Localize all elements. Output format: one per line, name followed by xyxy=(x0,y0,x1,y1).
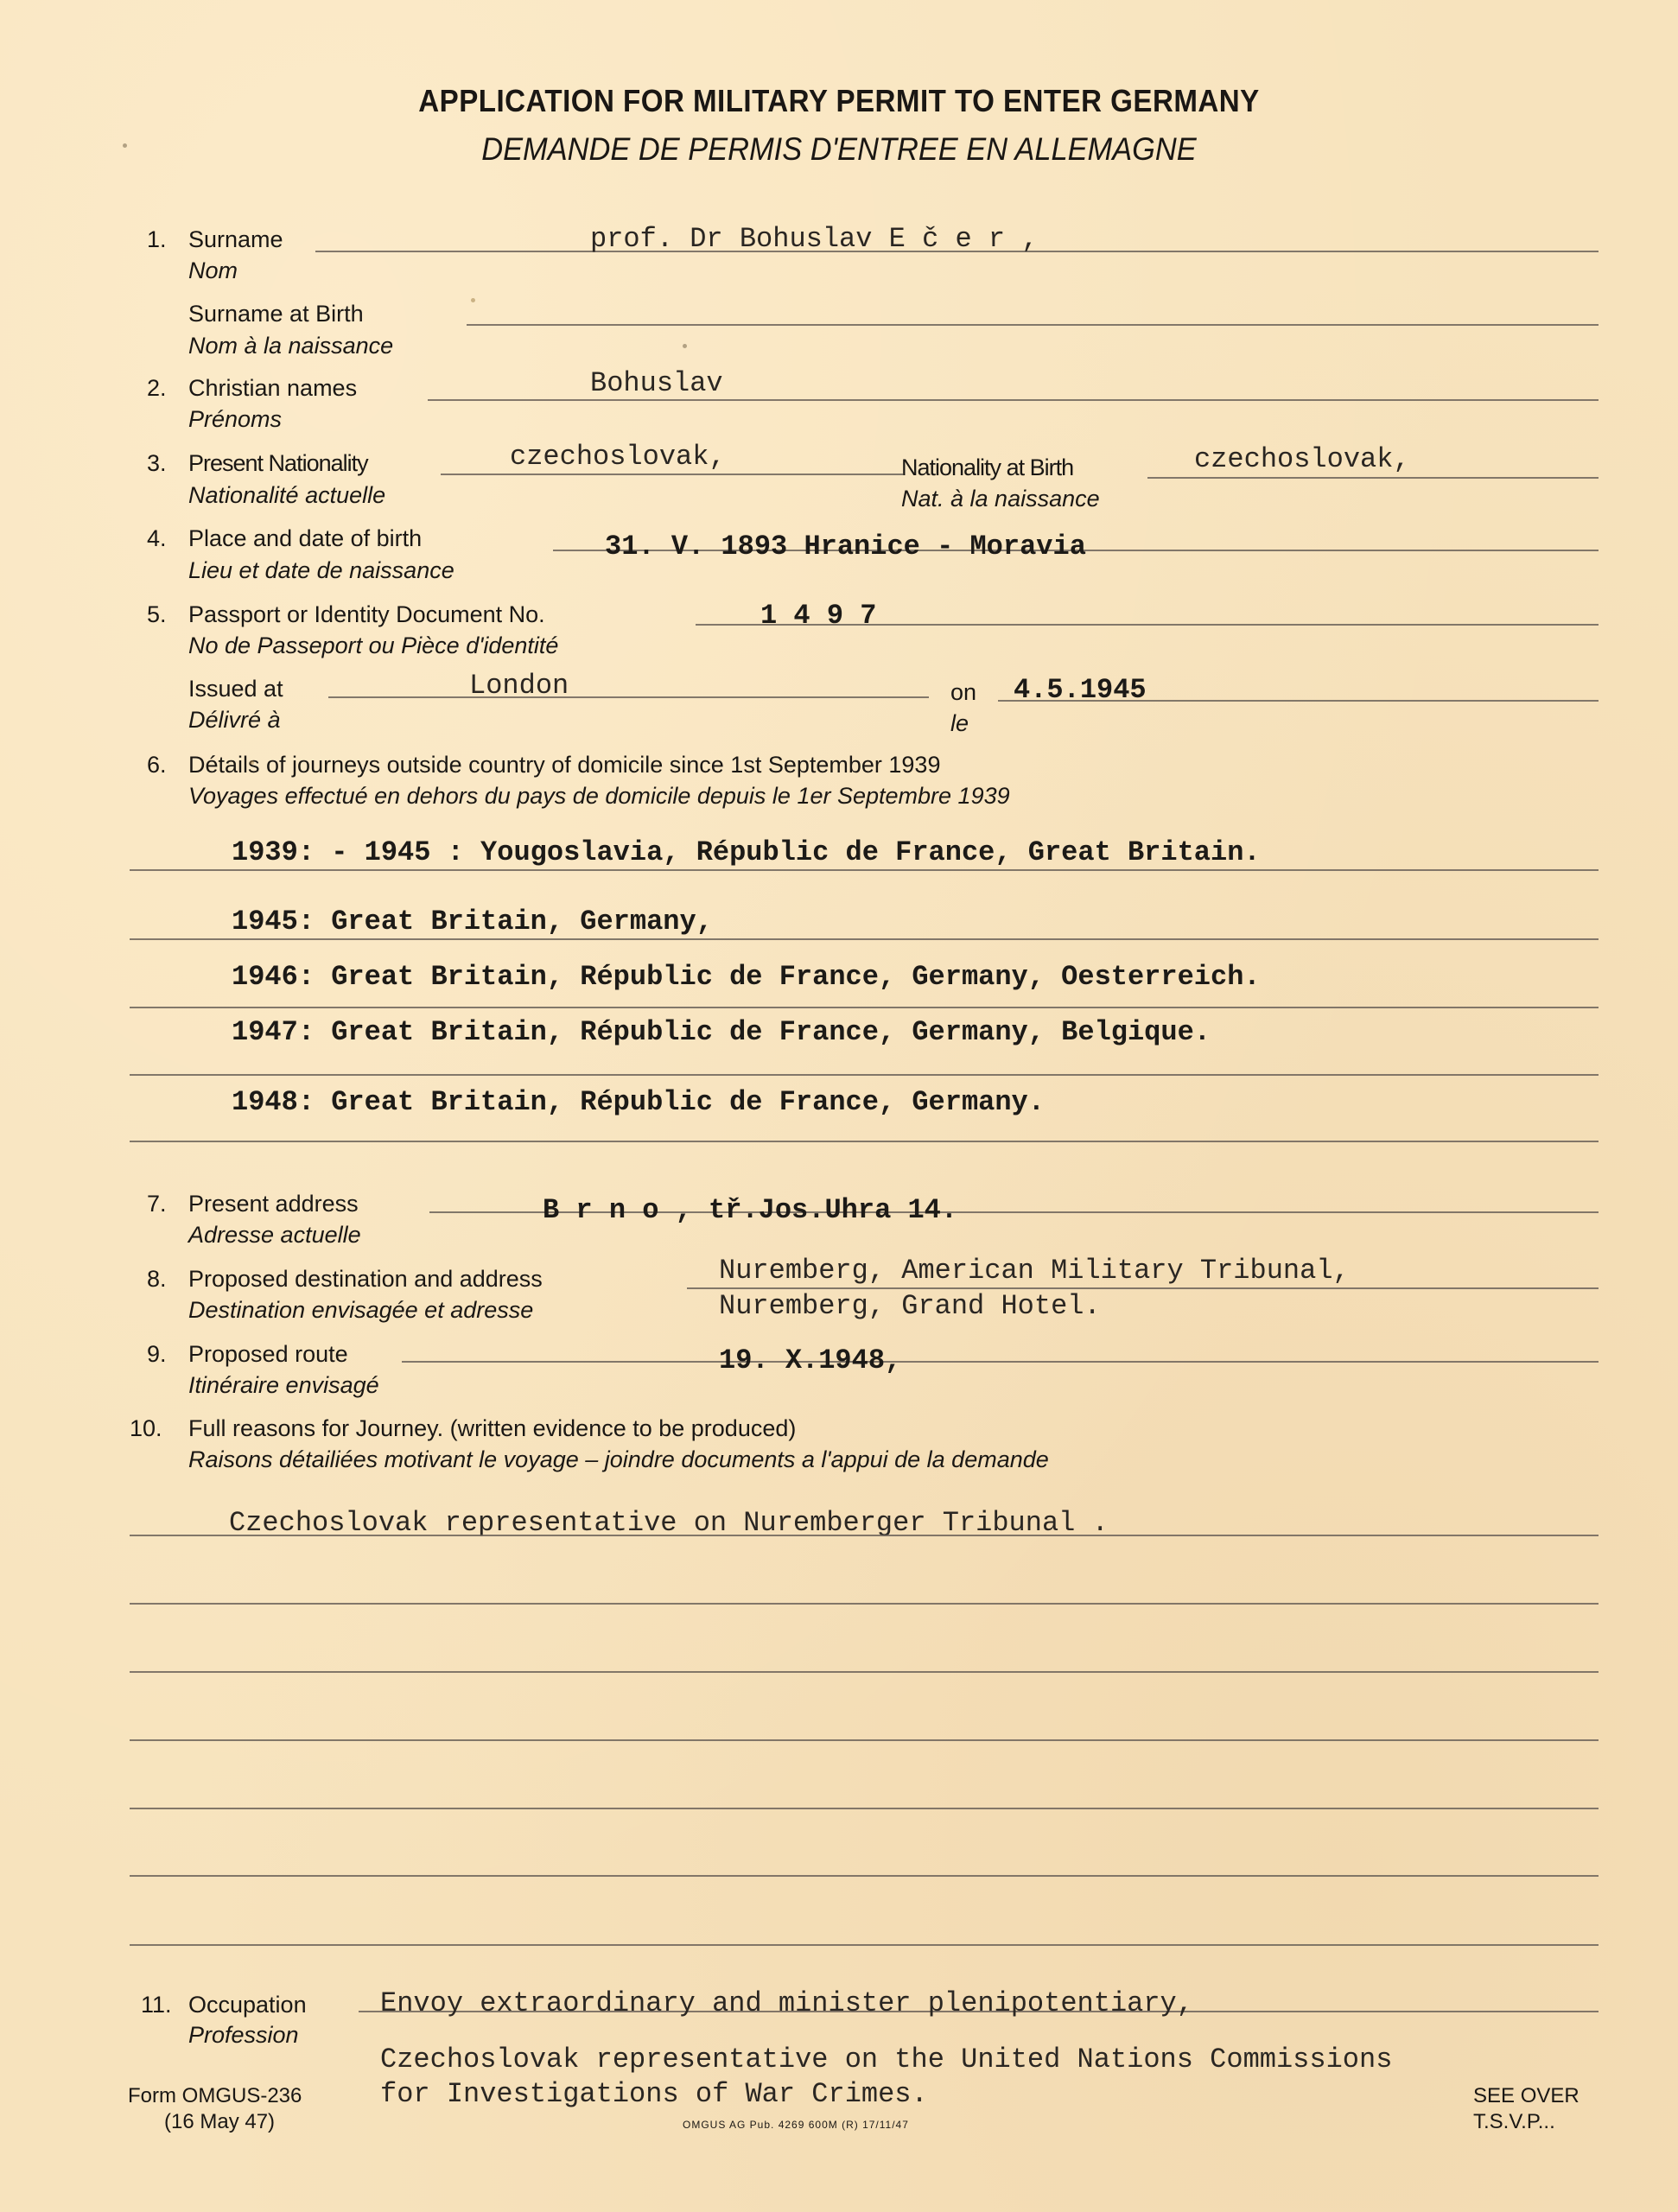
field-number: 9. xyxy=(147,1341,167,1368)
printer-imprint: OMGUS AG Pub. 4269 600M (R) 17/11/47 xyxy=(683,2119,909,2131)
surname-label-fr: Nom xyxy=(188,257,238,284)
occupation-label-fr: Profession xyxy=(188,2022,299,2049)
destination-label: Proposed destination and address xyxy=(188,1266,543,1293)
present-address-label: Present address xyxy=(188,1191,359,1217)
issued-at-label-fr: Délivré à xyxy=(188,707,281,734)
field-number: 6. xyxy=(147,752,167,779)
present-address-label-fr: Adresse actuelle xyxy=(188,1222,361,1249)
occupation-label: Occupation xyxy=(188,1992,307,2018)
field-number: 3. xyxy=(147,450,167,477)
reasons-label-fr: Raisons détailiées motivant le voyage – … xyxy=(188,1446,1049,1473)
destination-value-line2[interactable]: Nuremberg, Grand Hotel. xyxy=(719,1290,1101,1322)
field-number: 8. xyxy=(147,1266,167,1293)
journey-entry[interactable]: 1946: Great Britain, Républic de France,… xyxy=(232,961,1261,993)
passport-number-value[interactable]: 1 4 9 7 xyxy=(760,600,876,632)
issued-on-value[interactable]: 4.5.1945 xyxy=(1014,674,1147,706)
birth-label-fr: Lieu et date de naissance xyxy=(188,557,454,584)
nationality-at-birth-label-fr: Nat. à la naissance xyxy=(901,486,1100,512)
birth-value[interactable]: 31. V. 1893 Hranice - Moravia xyxy=(605,531,1086,563)
field-number: 2. xyxy=(147,375,167,402)
field-number: 1. xyxy=(147,226,167,253)
issued-at-label: Issued at xyxy=(188,676,283,702)
field-number: 11. xyxy=(141,1992,172,2018)
occupation-value-line2[interactable]: Czechoslovak representative on the Unite… xyxy=(380,2044,1392,2075)
journeys-label-fr: Voyages effectué en dehors du pays de do… xyxy=(188,783,1010,810)
field-number: 5. xyxy=(147,601,167,628)
issued-on-label-fr: le xyxy=(950,710,969,737)
journeys-label: Détails of journeys outside country of d… xyxy=(188,752,940,779)
issued-on-label: on xyxy=(950,679,976,706)
tsvp-label: T.S.V.P... xyxy=(1473,2110,1555,2134)
present-nationality-label-fr: Nationalité actuelle xyxy=(188,482,385,509)
christian-names-label: Christian names xyxy=(188,375,357,402)
present-nationality-value[interactable]: czechoslovak, xyxy=(510,441,726,473)
paper-speck xyxy=(471,298,475,302)
occupation-value-line1[interactable]: Envoy extraordinary and minister plenipo… xyxy=(380,1987,1193,2019)
field-number: 7. xyxy=(147,1191,167,1217)
surname-at-birth-label: Surname at Birth xyxy=(188,301,364,327)
destination-label-fr: Destination envisagée et adresse xyxy=(188,1297,533,1324)
passport-label: Passport or Identity Document No. xyxy=(188,601,545,628)
journey-entry[interactable]: 1948: Great Britain, Républic de France,… xyxy=(232,1086,1045,1118)
surname-at-birth-label-fr: Nom à la naissance xyxy=(188,333,393,359)
journey-entry[interactable]: 1939: - 1945 : Yougoslavia, Républic de … xyxy=(232,836,1261,868)
route-label-fr: Itinéraire envisagé xyxy=(188,1372,379,1399)
surname-label: Surname xyxy=(188,226,283,253)
form-id: Form OMGUS-236 xyxy=(128,2084,302,2108)
paper-speck xyxy=(683,344,687,348)
nationality-at-birth-label: Nationality at Birth xyxy=(901,454,1073,481)
reasons-label: Full reasons for Journey. (written evide… xyxy=(188,1415,796,1442)
see-over-label: SEE OVER xyxy=(1473,2084,1579,2108)
route-label: Proposed route xyxy=(188,1341,348,1368)
birth-label: Place and date of birth xyxy=(188,525,422,552)
surname-value[interactable]: prof. Dr Bohuslav E č e r , xyxy=(590,223,1038,255)
field-number: 4. xyxy=(147,525,167,552)
passport-label-fr: No de Passeport ou Pièce d'identité xyxy=(188,632,558,659)
present-address-value[interactable]: B r n o , tř.Jos.Uhra 14. xyxy=(543,1194,957,1226)
present-nationality-label: Present Nationality xyxy=(188,450,368,477)
christian-names-value[interactable]: Bohuslav xyxy=(590,367,723,399)
form-date: (16 May 47) xyxy=(164,2110,275,2134)
journey-entry[interactable]: 1945: Great Britain, Germany, xyxy=(232,906,713,938)
issued-at-value[interactable]: London xyxy=(469,670,569,702)
paper-speck xyxy=(250,760,254,765)
occupation-value-line3[interactable]: for Investigations of War Crimes. xyxy=(380,2078,928,2110)
field-number: 10. xyxy=(130,1415,162,1442)
destination-value-line1[interactable]: Nuremberg, American Military Tribunal, xyxy=(719,1255,1350,1287)
form-subtitle: DEMANDE DE PERMIS D'ENTREE EN ALLEMAGNE xyxy=(59,131,1619,168)
form-title: APPLICATION FOR MILITARY PERMIT TO ENTER… xyxy=(67,83,1611,119)
christian-names-label-fr: Prénoms xyxy=(188,406,282,433)
route-value[interactable]: 19. X.1948, xyxy=(719,1344,901,1376)
paper-speck xyxy=(123,143,127,148)
journey-entry[interactable]: 1947: Great Britain, Républic de France,… xyxy=(232,1016,1211,1048)
nationality-at-birth-value[interactable]: czechoslovak, xyxy=(1194,443,1410,475)
